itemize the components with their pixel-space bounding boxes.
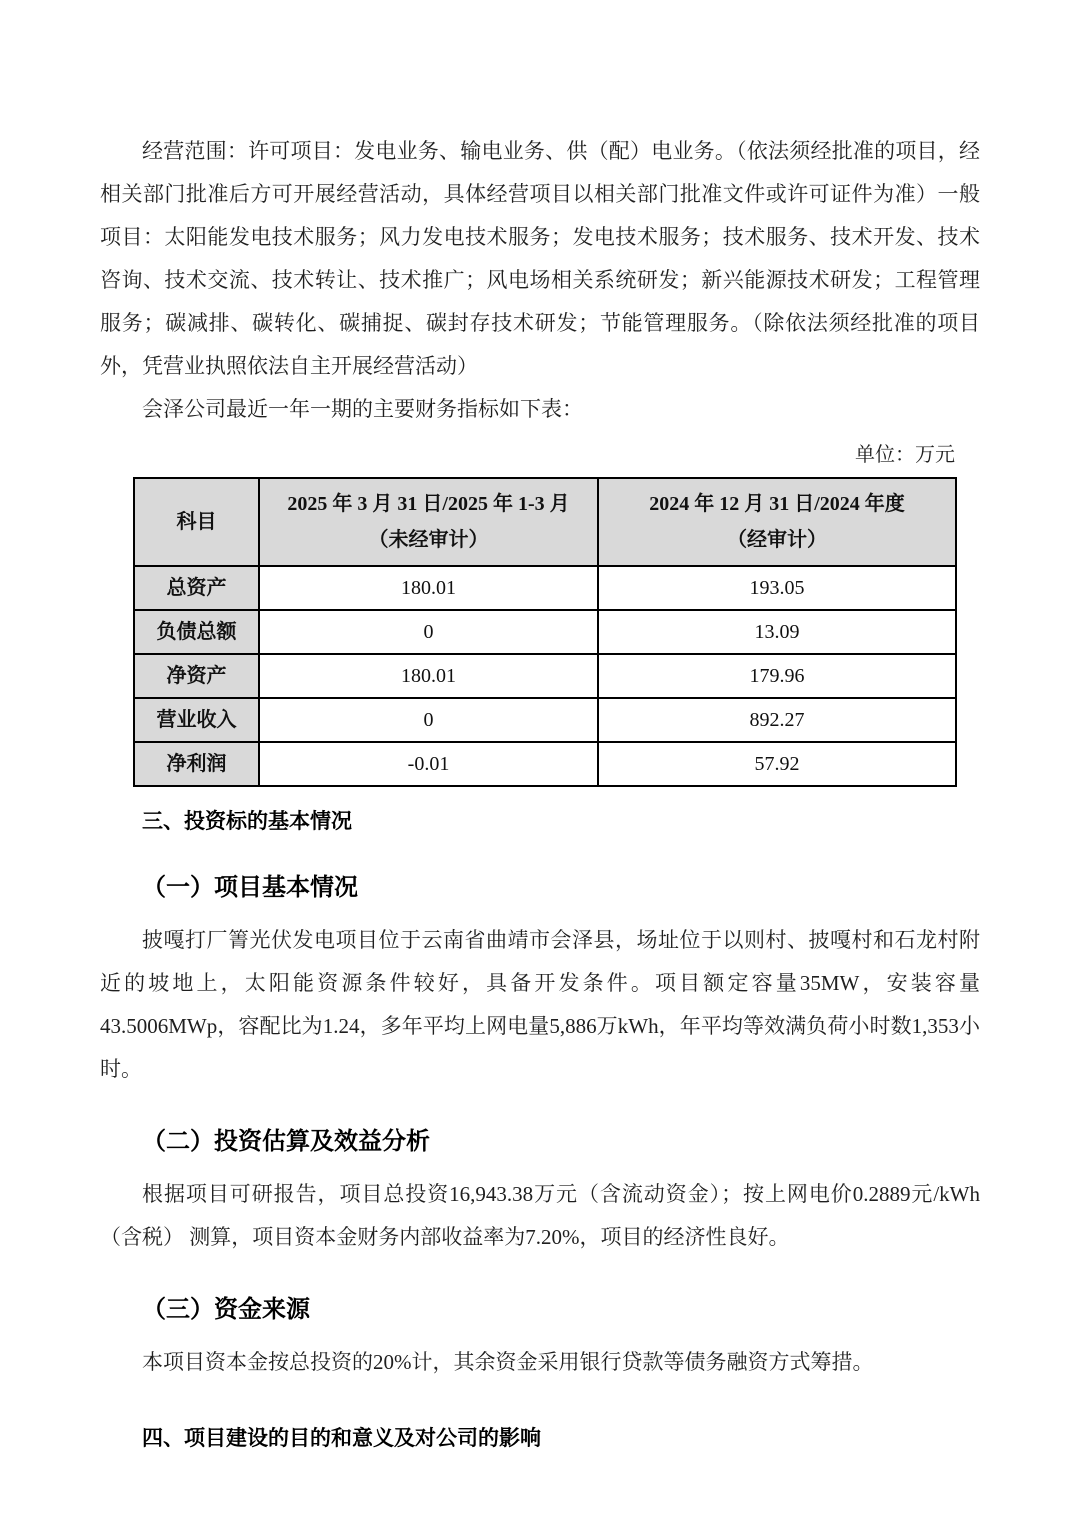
- cell-operating-revenue-2025: 0: [259, 698, 598, 742]
- row-label-net-assets: 净资产: [134, 654, 259, 698]
- section3-heading: 三、投资标的基本情况: [100, 807, 980, 837]
- row-label-total-liabilities: 负债总额: [134, 610, 259, 654]
- table-row: 总资产 180.01 193.05: [134, 566, 956, 610]
- business-scope-paragraph: 经营范围：许可项目：发电业务、输电业务、供（配）电业务。（依法须经批准的项目，经…: [100, 130, 980, 388]
- cell-net-assets-2024: 179.96: [598, 654, 956, 698]
- row-label-net-profit: 净利润: [134, 742, 259, 786]
- table-row: 营业收入 0 892.27: [134, 698, 956, 742]
- row-label-operating-revenue: 营业收入: [134, 698, 259, 742]
- cell-net-profit-2024: 57.92: [598, 742, 956, 786]
- cell-net-profit-2025: -0.01: [259, 742, 598, 786]
- table-header-subject: 科目: [134, 478, 259, 566]
- section3-3-heading: （三）资金来源: [100, 1293, 980, 1327]
- table-header-2025-line2: （未经审计）: [369, 529, 489, 551]
- cell-operating-revenue-2024: 892.27: [598, 698, 956, 742]
- table-header-2024-line1: 2024 年 12 月 31 日/2024 年度: [649, 493, 905, 515]
- table-header-2025: 2025 年 3 月 31 日/2025 年 1-3 月 （未经审计）: [259, 478, 598, 566]
- section4-heading: 四、项目建设的目的和意义及对公司的影响: [100, 1424, 980, 1454]
- cell-net-assets-2025: 180.01: [259, 654, 598, 698]
- table-unit-label: 单位：万元: [100, 441, 955, 469]
- project-basic-info-paragraph: 披嘎打厂箐光伏发电项目位于云南省曲靖市会泽县，场址位于以则村、披嘎村和石龙村附近…: [100, 919, 980, 1091]
- table-row: 净利润 -0.01 57.92: [134, 742, 956, 786]
- section3-2-heading: （二）投资估算及效益分析: [100, 1125, 980, 1159]
- table-header-2024-line2: （经审计）: [727, 529, 827, 551]
- cell-total-assets-2025: 180.01: [259, 566, 598, 610]
- document-page: 经营范围：许可项目：发电业务、输电业务、供（配）电业务。（依法须经批准的项目，经…: [0, 0, 1080, 1527]
- table-row: 净资产 180.01 179.96: [134, 654, 956, 698]
- financial-indicators-table: 科目 2025 年 3 月 31 日/2025 年 1-3 月 （未经审计） 2…: [133, 477, 957, 787]
- cell-total-assets-2024: 193.05: [598, 566, 956, 610]
- investment-benefit-paragraph: 根据项目可研报告，项目总投资16,943.38万元（含流动资金）；按上网电价0.…: [100, 1173, 980, 1259]
- financial-intro-paragraph: 会泽公司最近一年一期的主要财务指标如下表：: [100, 388, 980, 431]
- section3-1-heading: （一）项目基本情况: [100, 871, 980, 905]
- table-header-2024: 2024 年 12 月 31 日/2024 年度 （经审计）: [598, 478, 956, 566]
- cell-total-liabilities-2025: 0: [259, 610, 598, 654]
- cell-total-liabilities-2024: 13.09: [598, 610, 956, 654]
- table-row: 负债总额 0 13.09: [134, 610, 956, 654]
- funding-source-paragraph: 本项目资本金按总投资的20%计，其余资金采用银行贷款等债务融资方式筹措。: [100, 1341, 980, 1384]
- row-label-total-assets: 总资产: [134, 566, 259, 610]
- table-header-row: 科目 2025 年 3 月 31 日/2025 年 1-3 月 （未经审计） 2…: [134, 478, 956, 566]
- table-header-2025-line1: 2025 年 3 月 31 日/2025 年 1-3 月: [287, 493, 569, 515]
